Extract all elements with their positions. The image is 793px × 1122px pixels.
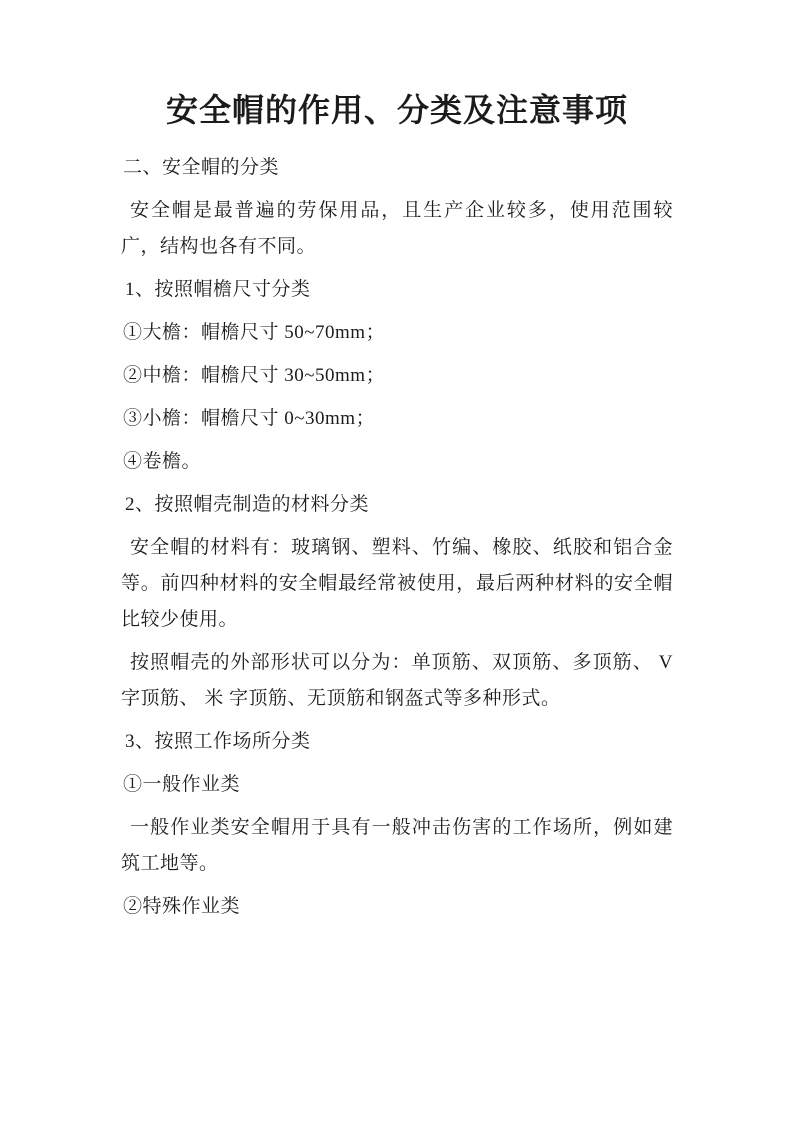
subheading-brim-size: 1、按照帽檐尺寸分类 [121, 272, 673, 308]
list-item-large-brim: ①大檐：帽檐尺寸 50~70mm； [121, 315, 673, 351]
paragraph-materials: 安全帽的材料有：玻璃钢、塑料、竹编、橡胶、纸胶和铝合金等。前四种材料的安全帽最经… [121, 530, 673, 638]
paragraph-general-work: 一般作业类安全帽用于具有一般冲击伤害的工作场所，例如建筑工地等。 [121, 810, 673, 882]
list-item-general-work: ①一般作业类 [121, 767, 673, 803]
list-item-small-brim: ③小檐：帽檐尺寸 0~30mm； [121, 401, 673, 437]
subheading-shell-material: 2、按照帽壳制造的材料分类 [121, 487, 673, 523]
document-title: 安全帽的作用、分类及注意事项 [121, 86, 673, 134]
section-heading-classification: 二、安全帽的分类 [121, 150, 673, 186]
subheading-workplace: 3、按照工作场所分类 [121, 724, 673, 760]
document-page: 安全帽的作用、分类及注意事项 二、安全帽的分类 安全帽是最普遍的劳保用品，且生产… [0, 0, 793, 1122]
paragraph-intro: 安全帽是最普遍的劳保用品，且生产企业较多，使用范围较广，结构也各有不同。 [121, 193, 673, 265]
list-item-special-work: ②特殊作业类 [121, 889, 673, 925]
paragraph-shell-shapes: 按照帽壳的外部形状可以分为：单顶筋、双顶筋、多顶筋、 V 字顶筋、 米 字顶筋、… [121, 645, 673, 717]
list-item-medium-brim: ②中檐：帽檐尺寸 30~50mm； [121, 358, 673, 394]
list-item-rolled-brim: ④卷檐。 [121, 444, 673, 480]
